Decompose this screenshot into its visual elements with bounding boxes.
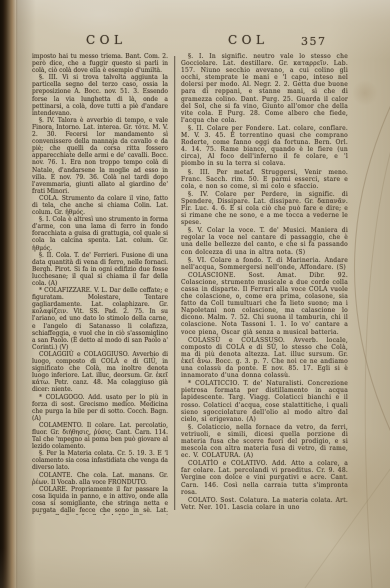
dictionary-paragraph: COLATÌO e COLATIVO. Add. Atto a colare, … xyxy=(181,460,348,495)
dictionary-paragraph: §. IV. Talora è avverbio di tempo, e val… xyxy=(32,117,168,195)
dictionary-paragraph: COLASSÙ e COLASSUSO. Avverb. locale, com… xyxy=(181,337,348,380)
paper-stain xyxy=(352,80,378,106)
dictionary-paragraph: §. II. Colare per Fondere. Lat. colare, … xyxy=(181,125,348,168)
dictionary-paragraph: §. V. Colar la voce. T. de' Musici. Mani… xyxy=(181,227,348,255)
right-text-column: §. I. In signific. neutro vale lo stesso… xyxy=(181,53,348,515)
dictionary-paragraph: COLAMENTO. Il colare. Lat. percolatio, f… xyxy=(32,422,168,450)
running-head-left: COL xyxy=(86,33,127,47)
dictionary-paragraph: COLATO. Sost. Colatura. La materia colat… xyxy=(181,497,348,511)
dictionary-paragraph: §. III. Vi si trova talvolta aggiunta la… xyxy=(32,74,168,117)
dictionary-paragraph: §. IV. Colare per Perdere, in signific. … xyxy=(181,191,348,226)
dictionary-paragraph: COLAGGIÙ e COLAGGIUSO. Avverbio di luogo… xyxy=(32,351,168,394)
left-text-column: imposto hai tu messo triema. Bant. Com. … xyxy=(32,53,168,515)
column-divider-rule xyxy=(174,56,175,510)
page-number: 357 xyxy=(301,35,327,48)
dictionary-paragraph: §. I. In signific. neutro vale lo stesso… xyxy=(181,53,348,124)
dictionary-paragraph: * COLATICCIO. T. de' Naturalisti. Concre… xyxy=(181,380,348,423)
running-head-right: COL xyxy=(228,33,269,47)
dictionary-paragraph: §. Colaticcio, nella fornace da vetro, d… xyxy=(181,424,348,459)
dictionary-paragraph: COLANTE. Che cola. Lat. manans. Gr. ῥέων… xyxy=(32,472,168,486)
dictionary-paragraph: §. I. Cola è altresì uno strumento in fo… xyxy=(32,216,168,251)
dictionary-paragraph: COLA. Strumento da colare il vino, fatto… xyxy=(32,195,168,216)
dictionary-paragraph: COLASCIONE. Sost. Amat. Dibr. 92. Colasc… xyxy=(181,272,348,336)
dictionary-paragraph: §. VI. Colare a fondo. T. di Marineria. … xyxy=(181,257,348,271)
dictionary-paragraph: * COLAGOGO. Add. usato per lo più in for… xyxy=(32,394,168,422)
dictionary-paragraph: COLARE. Propriamente il far passare la c… xyxy=(32,486,168,515)
dictionary-paragraph: §. II. Cola. T. de' Ferrieri. Fusione di… xyxy=(32,252,168,287)
dictionary-paragraph: §. Per la Materia colata. Cr. 5. 19. 3. … xyxy=(32,450,168,471)
book-page-scan: COL COL 357 imposto hai tu messo triema.… xyxy=(0,0,390,588)
dictionary-paragraph: imposto hai tu messo triema. Bant. Com. … xyxy=(32,53,168,74)
dictionary-paragraph: §. III. Per metaf. Struggersi, Venir men… xyxy=(181,169,348,190)
dictionary-paragraph: * COLAFIZZARE. V. L. Dar delle ceffate; … xyxy=(32,287,168,351)
bottom-edge-shadow xyxy=(0,548,390,588)
